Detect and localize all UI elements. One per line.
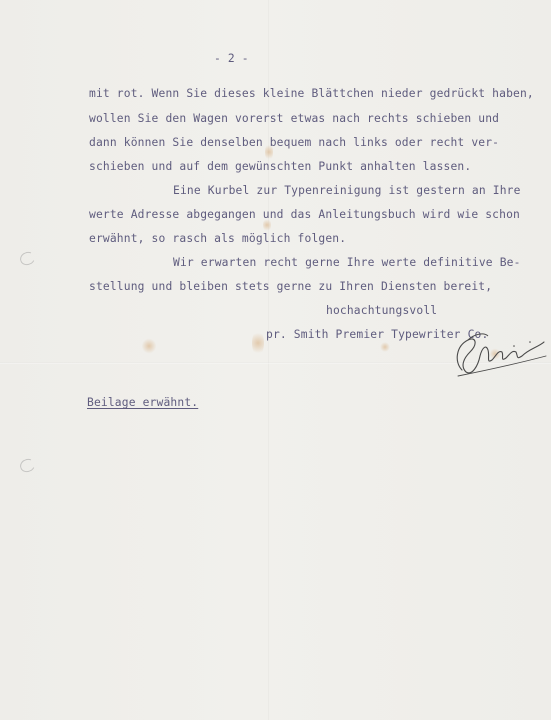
page-number: - 2 - bbox=[214, 53, 249, 64]
body-line: erwähnt, so rasch als möglich folgen. bbox=[89, 233, 346, 244]
signature-icon bbox=[448, 326, 548, 382]
body-line: dann können Sie denselben bequem nach li… bbox=[89, 137, 499, 148]
body-line: werte Adresse abgegangen und das Anleitu… bbox=[89, 209, 520, 220]
stain bbox=[142, 338, 156, 354]
body-line: stellung und bleiben stets gerne zu Ihre… bbox=[89, 281, 492, 292]
closing-salutation: hochachtungsvoll bbox=[326, 305, 437, 316]
punch-hole-icon bbox=[18, 457, 37, 474]
vertical-crease bbox=[268, 0, 269, 720]
document-page: - 2 - mit rot. Wenn Sie dieses kleine Bl… bbox=[0, 0, 551, 720]
body-line: Wir erwarten recht gerne Ihre werte defi… bbox=[173, 257, 521, 268]
stain bbox=[252, 330, 264, 356]
body-line: Eine Kurbel zur Typenreinigung ist geste… bbox=[173, 185, 521, 196]
body-line: schieben und auf dem gewünschten Punkt a… bbox=[89, 161, 471, 172]
stain bbox=[380, 342, 390, 352]
enclosure-note: Beilage erwähnt. bbox=[87, 397, 198, 408]
punch-hole-icon bbox=[18, 250, 37, 267]
body-line: mit rot. Wenn Sie dieses kleine Blättche… bbox=[89, 88, 534, 99]
body-line: wollen Sie den Wagen vorerst etwas nach … bbox=[89, 113, 499, 124]
